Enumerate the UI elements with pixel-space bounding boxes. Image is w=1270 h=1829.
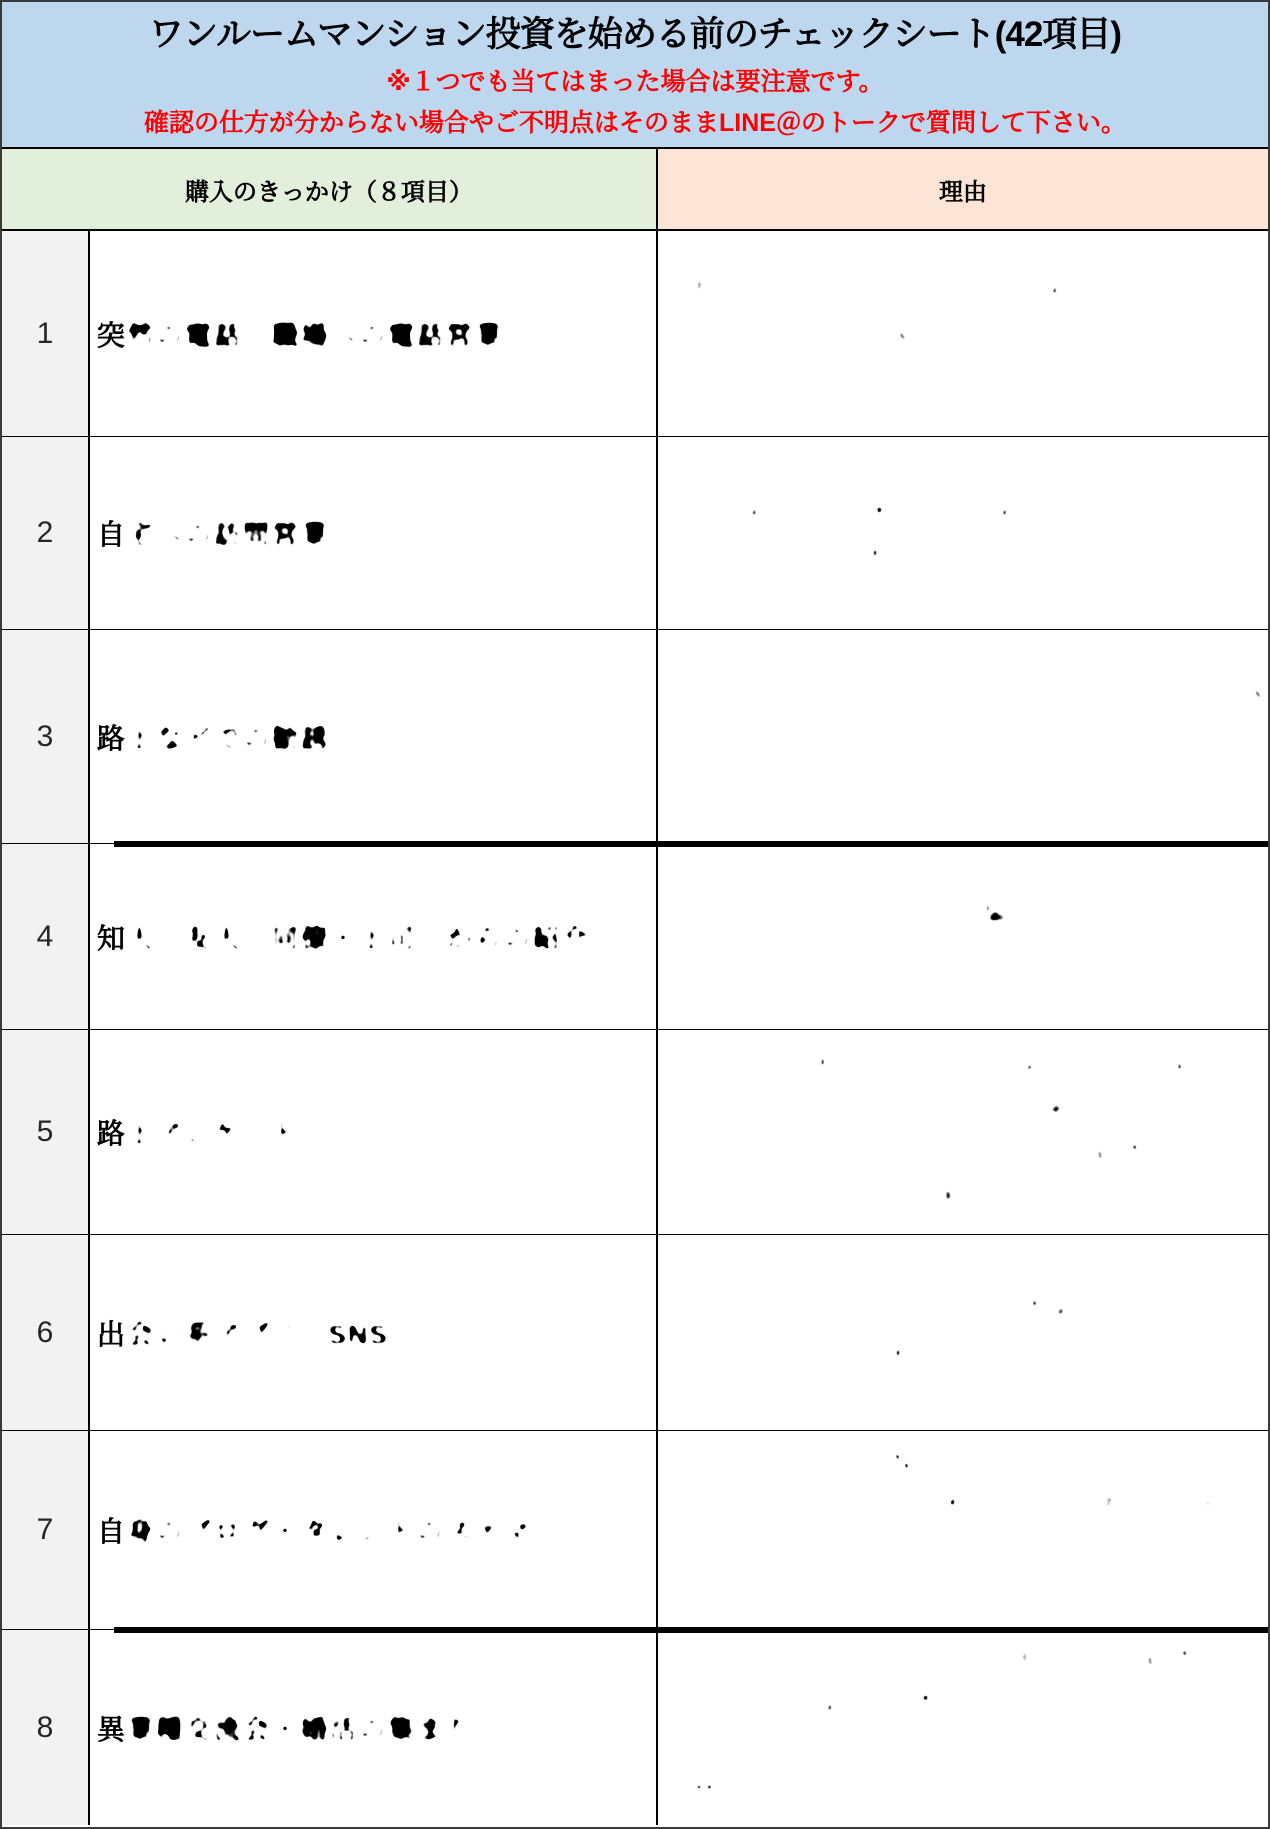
row-number: 7 [2, 1431, 90, 1629]
column-header-reason: 理由 [658, 149, 1268, 229]
reason-obscured-text: 路上で声を掛けて販売しなければならない物件に、優良な物件はまずありません。冷静に… [667, 669, 1268, 804]
reason-cell: 訪問営業で売りに来る物件は業者が売りたい物件であり、資産形成に有利な物件ではあり… [658, 437, 1268, 629]
trigger-obscured-text: 人（友人、同僚・上司）からの紹介 [126, 917, 590, 957]
trigger-readable-char: 路 [97, 1112, 126, 1152]
trigger-obscured-text: 会い系アプリ（SNS） [126, 1313, 417, 1353]
reason-obscured-text: アンケートと称して個人情報を集め、後日営業の電話がかかってくる手口です。景品や謝… [667, 1042, 1268, 1222]
reason-cell: 出会いを装って近づき投資話に誘導する手口が増えています。恋愛感情を利用する悪質な… [658, 1235, 1268, 1430]
reason-obscured-text: 紹介者に悪気が無くても、紹介された物件が良い物件とは限りません。紹介者も騙されて… [667, 847, 1268, 1027]
trigger-readable-char: 自 [97, 513, 126, 553]
trigger-readable-char: 知 [97, 917, 126, 957]
trigger-readable-char: 突 [97, 314, 126, 354]
warning-line-1: ※１つでも当てはまった場合は要注意です。 [2, 62, 1268, 98]
warning-line-2: 確認の仕方が分からない場合やご不明点はそのままLINE＠のトークで質問して下さい… [2, 103, 1268, 139]
trigger-cell: 出会い系アプリ（SNS） [90, 1235, 658, 1430]
row-number: 6 [2, 1235, 90, 1430]
trigger-obscured-text: 宅への訪問営業 [126, 513, 329, 553]
trigger-obscured-text: 身のブログ・タレントのステマ [126, 1510, 531, 1550]
trigger-cell: 自身のブログ・タレントのステマ [90, 1431, 658, 1629]
reason-cell: 有名人のブログやSNSでの紹介は、広告宣伝であるケースがほとんどです。本人が実際… [658, 1431, 1268, 1629]
trigger-cell: 知人（友人、同僚・上司）からの紹介 [90, 844, 658, 1029]
table-header-row: 購入のきっかけ（８項目） 理由 [2, 149, 1268, 231]
row-number: 4 [2, 844, 90, 1029]
trigger-readable-char: 異 [97, 1708, 126, 1748]
table-body: 1 突然の電話（職場への電話営業） 不動産のプロは、かかってきた営業電話で物件を… [2, 231, 1268, 1825]
trigger-cell: 路上などでの勧誘 [90, 630, 658, 843]
reason-obscured-text: 有名人のブログやSNSでの紹介は、広告宣伝であるケースがほとんどです。本人が実際… [667, 1440, 1268, 1620]
row-number: 5 [2, 1030, 90, 1234]
reason-obscured-text: 出会いを装って近づき投資話に誘導する手口が増えています。恋愛感情を利用する悪質な… [667, 1288, 1268, 1378]
row-number: 2 [2, 437, 90, 629]
table-row: 1 突然の電話（職場への電話営業） 不動産のプロは、かかってきた営業電話で物件を… [2, 231, 1268, 436]
trigger-obscured-text: 業種交流会・婚活の集まり [126, 1708, 474, 1748]
row-number: 3 [2, 630, 90, 843]
trigger-cell: 自宅への訪問営業 [90, 437, 658, 629]
reason-cell: 不動産のプロは、かかってきた営業電話で物件を買う事はありません。優良物件は電話で… [658, 231, 1268, 436]
row-number: 8 [2, 1630, 90, 1825]
trigger-readable-char: 出 [97, 1313, 126, 1353]
title-band: ワンルームマンション投資を始める前のチェックシート(42項目) ※１つでも当ては… [2, 2, 1268, 149]
trigger-cell: 突然の電話（職場への電話営業） [90, 231, 658, 436]
trigger-obscured-text: 上アンケート [126, 1112, 298, 1152]
table-row: 4 知人（友人、同僚・上司）からの紹介 紹介者に悪気が無くても、紹介された物件が… [2, 843, 1268, 1029]
reason-cell: 路上で声を掛けて販売しなければならない物件に、優良な物件はまずありません。冷静に… [658, 630, 1268, 843]
checklist-sheet: ワンルームマンション投資を始める前のチェックシート(42項目) ※１つでも当ては… [0, 0, 1270, 1829]
reason-cell: 紹介者に悪気が無くても、紹介された物件が良い物件とは限りません。紹介者も騙されて… [658, 844, 1268, 1029]
table-row: 2 自宅への訪問営業 訪問営業で売りに来る物件は業者が売りたい物件であり、資産形… [2, 436, 1268, 629]
trigger-readable-char: 路 [97, 717, 126, 757]
reason-obscured-text: 人脈作りの場と見せかけて、不動産投資の勧誘目的で参加している業者が多数います。そ… [667, 1638, 1268, 1818]
row-number: 1 [2, 231, 90, 436]
table-row: 6 出会い系アプリ（SNS） 出会いを装って近づき投資話に誘導する手口が増えてい… [2, 1234, 1268, 1430]
table-row: 5 路上アンケート アンケートと称して個人情報を集め、後日営業の電話がかかってく… [2, 1029, 1268, 1234]
table-row: 7 自身のブログ・タレントのステマ 有名人のブログやSNSでの紹介は、広告宣伝で… [2, 1430, 1268, 1629]
trigger-cell: 路上アンケート [90, 1030, 658, 1234]
reason-cell: アンケートと称して個人情報を集め、後日営業の電話がかかってくる手口です。景品や謝… [658, 1030, 1268, 1234]
section-divider-line-2 [114, 1627, 1268, 1633]
section-divider-line-1 [114, 841, 1268, 847]
table-row: 8 異業種交流会・婚活の集まり 人脈作りの場と見せかけて、不動産投資の勧誘目的で… [2, 1629, 1268, 1825]
reason-obscured-text: 不動産のプロは、かかってきた営業電話で物件を買う事はありません。優良物件は電話で… [667, 266, 1268, 401]
table-row: 3 路上などでの勧誘 路上で声を掛けて販売しなければならない物件に、優良な物件は… [2, 629, 1268, 843]
page-title: ワンルームマンション投資を始める前のチェックシート(42項目) [2, 7, 1268, 57]
reason-obscured-text: 訪問営業で売りに来る物件は業者が売りたい物件であり、資産形成に有利な物件ではあり… [667, 488, 1268, 578]
trigger-readable-char: 自 [97, 1510, 126, 1550]
trigger-obscured-text: 上などでの勧誘 [126, 717, 329, 757]
trigger-obscured-text: 然の電話（職場への電話営業） [126, 314, 532, 354]
reason-cell: 人脈作りの場と見せかけて、不動産投資の勧誘目的で参加している業者が多数います。そ… [658, 1630, 1268, 1825]
column-header-trigger: 購入のきっかけ（８項目） [2, 149, 658, 229]
trigger-cell: 異業種交流会・婚活の集まり [90, 1630, 658, 1825]
